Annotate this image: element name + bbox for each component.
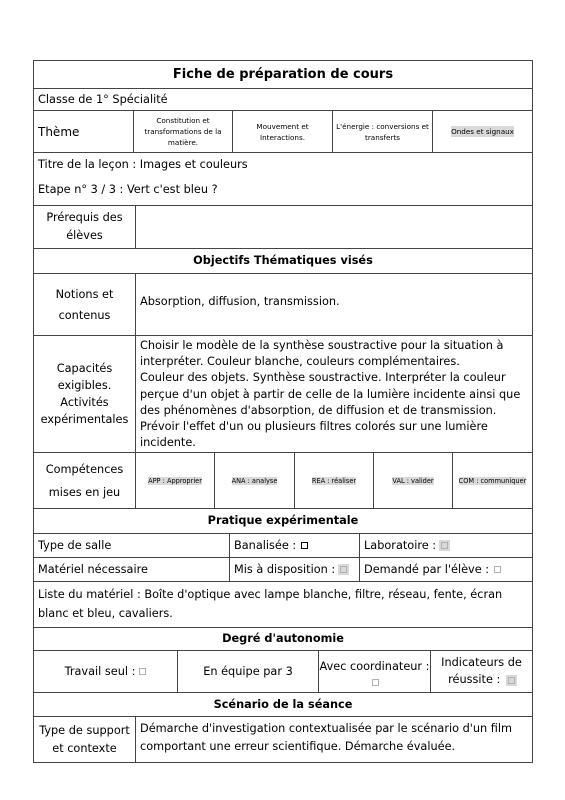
with-coordinator-option[interactable]: Avec coordinateur : [318, 650, 431, 693]
support-label: Type de support et contexte [33, 716, 136, 763]
work-alone-label: Travail seul : [65, 664, 136, 680]
skill-ana[interactable]: ANA : analyse [214, 452, 295, 509]
autonomy-header: Degré d'autonomie [33, 627, 533, 651]
scenario-header: Scénario de la séance [33, 692, 533, 717]
theme-label: Thème [33, 110, 134, 153]
checkbox-laboratoire-icon[interactable] [441, 542, 448, 549]
lesson-title: Titre de la leçon : Images et couleurs [38, 157, 248, 173]
room-banalisee-option[interactable]: Banalisée : [229, 533, 360, 558]
skill-rea-label: REA : réaliser [312, 477, 356, 485]
checkbox-work-alone-icon[interactable] [139, 668, 146, 675]
theme-option-matiere[interactable]: Constitution et transformations de la ma… [133, 110, 233, 153]
capacities-value: Choisir le modèle de la synthèse soustra… [135, 335, 533, 453]
with-coordinator-label: Avec coordinateur : [320, 658, 430, 675]
sheet-title: Fiche de préparation de cours [33, 60, 533, 89]
prerequisites-label: Prérequis des élèves [33, 205, 136, 249]
lesson-info: Titre de la leçon : Images et couleurs E… [33, 152, 533, 206]
success-indicators-option[interactable]: Indicateurs de réussite : [430, 650, 533, 693]
equipment-provided-label: Mis à disposition : [234, 562, 335, 578]
notions-value: Absorption, diffusion, transmission. [135, 273, 533, 336]
notions-label: Notions et contenus [33, 273, 136, 336]
room-banalisee-label: Banalisée : [234, 538, 296, 554]
capacities-line-2: Couleur des objets. Synthèse soustractiv… [140, 370, 528, 451]
equipment-provided-option[interactable]: Mis à disposition : [229, 557, 360, 582]
checkbox-provided-icon[interactable] [340, 566, 347, 573]
equipment-label: Matériel nécessaire [33, 557, 230, 582]
theme-option-energie[interactable]: L'énergie : conversions et transferts [332, 110, 433, 153]
objectives-header: Objectifs Thématiques visés [33, 248, 533, 274]
theme-option-ondes[interactable]: Ondes et signaux [432, 110, 533, 153]
checkbox-coordinator-icon[interactable] [372, 679, 379, 686]
room-type-label: Type de salle [33, 533, 230, 558]
checkbox-requested-icon[interactable] [494, 566, 501, 573]
theme-option-ondes-label: Ondes et signaux [451, 126, 514, 137]
equipment-list: Liste du matériel : Boîte d'optique avec… [33, 581, 533, 628]
capacities-label: Capacités exigibles. Activités expérimen… [33, 335, 136, 453]
skill-app-label: APP : Approprier [148, 477, 202, 485]
capacities-line-1: Choisir le modèle de la synthèse soustra… [140, 338, 528, 370]
room-laboratoire-label: Laboratoire : [364, 538, 436, 554]
checkbox-indicators-icon[interactable] [508, 677, 515, 684]
skill-ana-label: ANA : analyse [232, 477, 278, 485]
skill-val-label: VAL : valider [392, 477, 433, 485]
skill-com-label: COM : communiquer [459, 477, 527, 485]
lesson-step: Etape n° 3 / 3 : Vert c'est bleu ? [38, 182, 218, 198]
work-alone-option[interactable]: Travail seul : [33, 650, 178, 693]
theme-option-mouvement[interactable]: Mouvement et Interactions. [232, 110, 333, 153]
equipment-requested-label: Demandé par l'élève : [364, 562, 489, 578]
skills-label: Compétences mises en jeu [33, 452, 136, 509]
skill-com[interactable]: COM : communiquer [452, 452, 533, 509]
skill-rea[interactable]: REA : réaliser [294, 452, 374, 509]
support-value: Démarche d'investigation contextualisée … [135, 716, 533, 763]
skill-app[interactable]: APP : Approprier [135, 452, 215, 509]
practice-header: Pratique expérimentale [33, 508, 533, 534]
equipment-requested-option[interactable]: Demandé par l'élève : [359, 557, 533, 582]
lesson-preparation-sheet: Fiche de préparation de cours Classe de … [0, 0, 565, 800]
skill-val[interactable]: VAL : valider [373, 452, 453, 509]
prerequisites-value[interactable] [135, 205, 533, 249]
class-level: Classe de 1° Spécialité [33, 88, 533, 111]
room-laboratoire-option[interactable]: Laboratoire : [359, 533, 533, 558]
team-of-three: En équipe par 3 [177, 650, 319, 693]
checkbox-banalisee-icon[interactable] [301, 542, 308, 549]
